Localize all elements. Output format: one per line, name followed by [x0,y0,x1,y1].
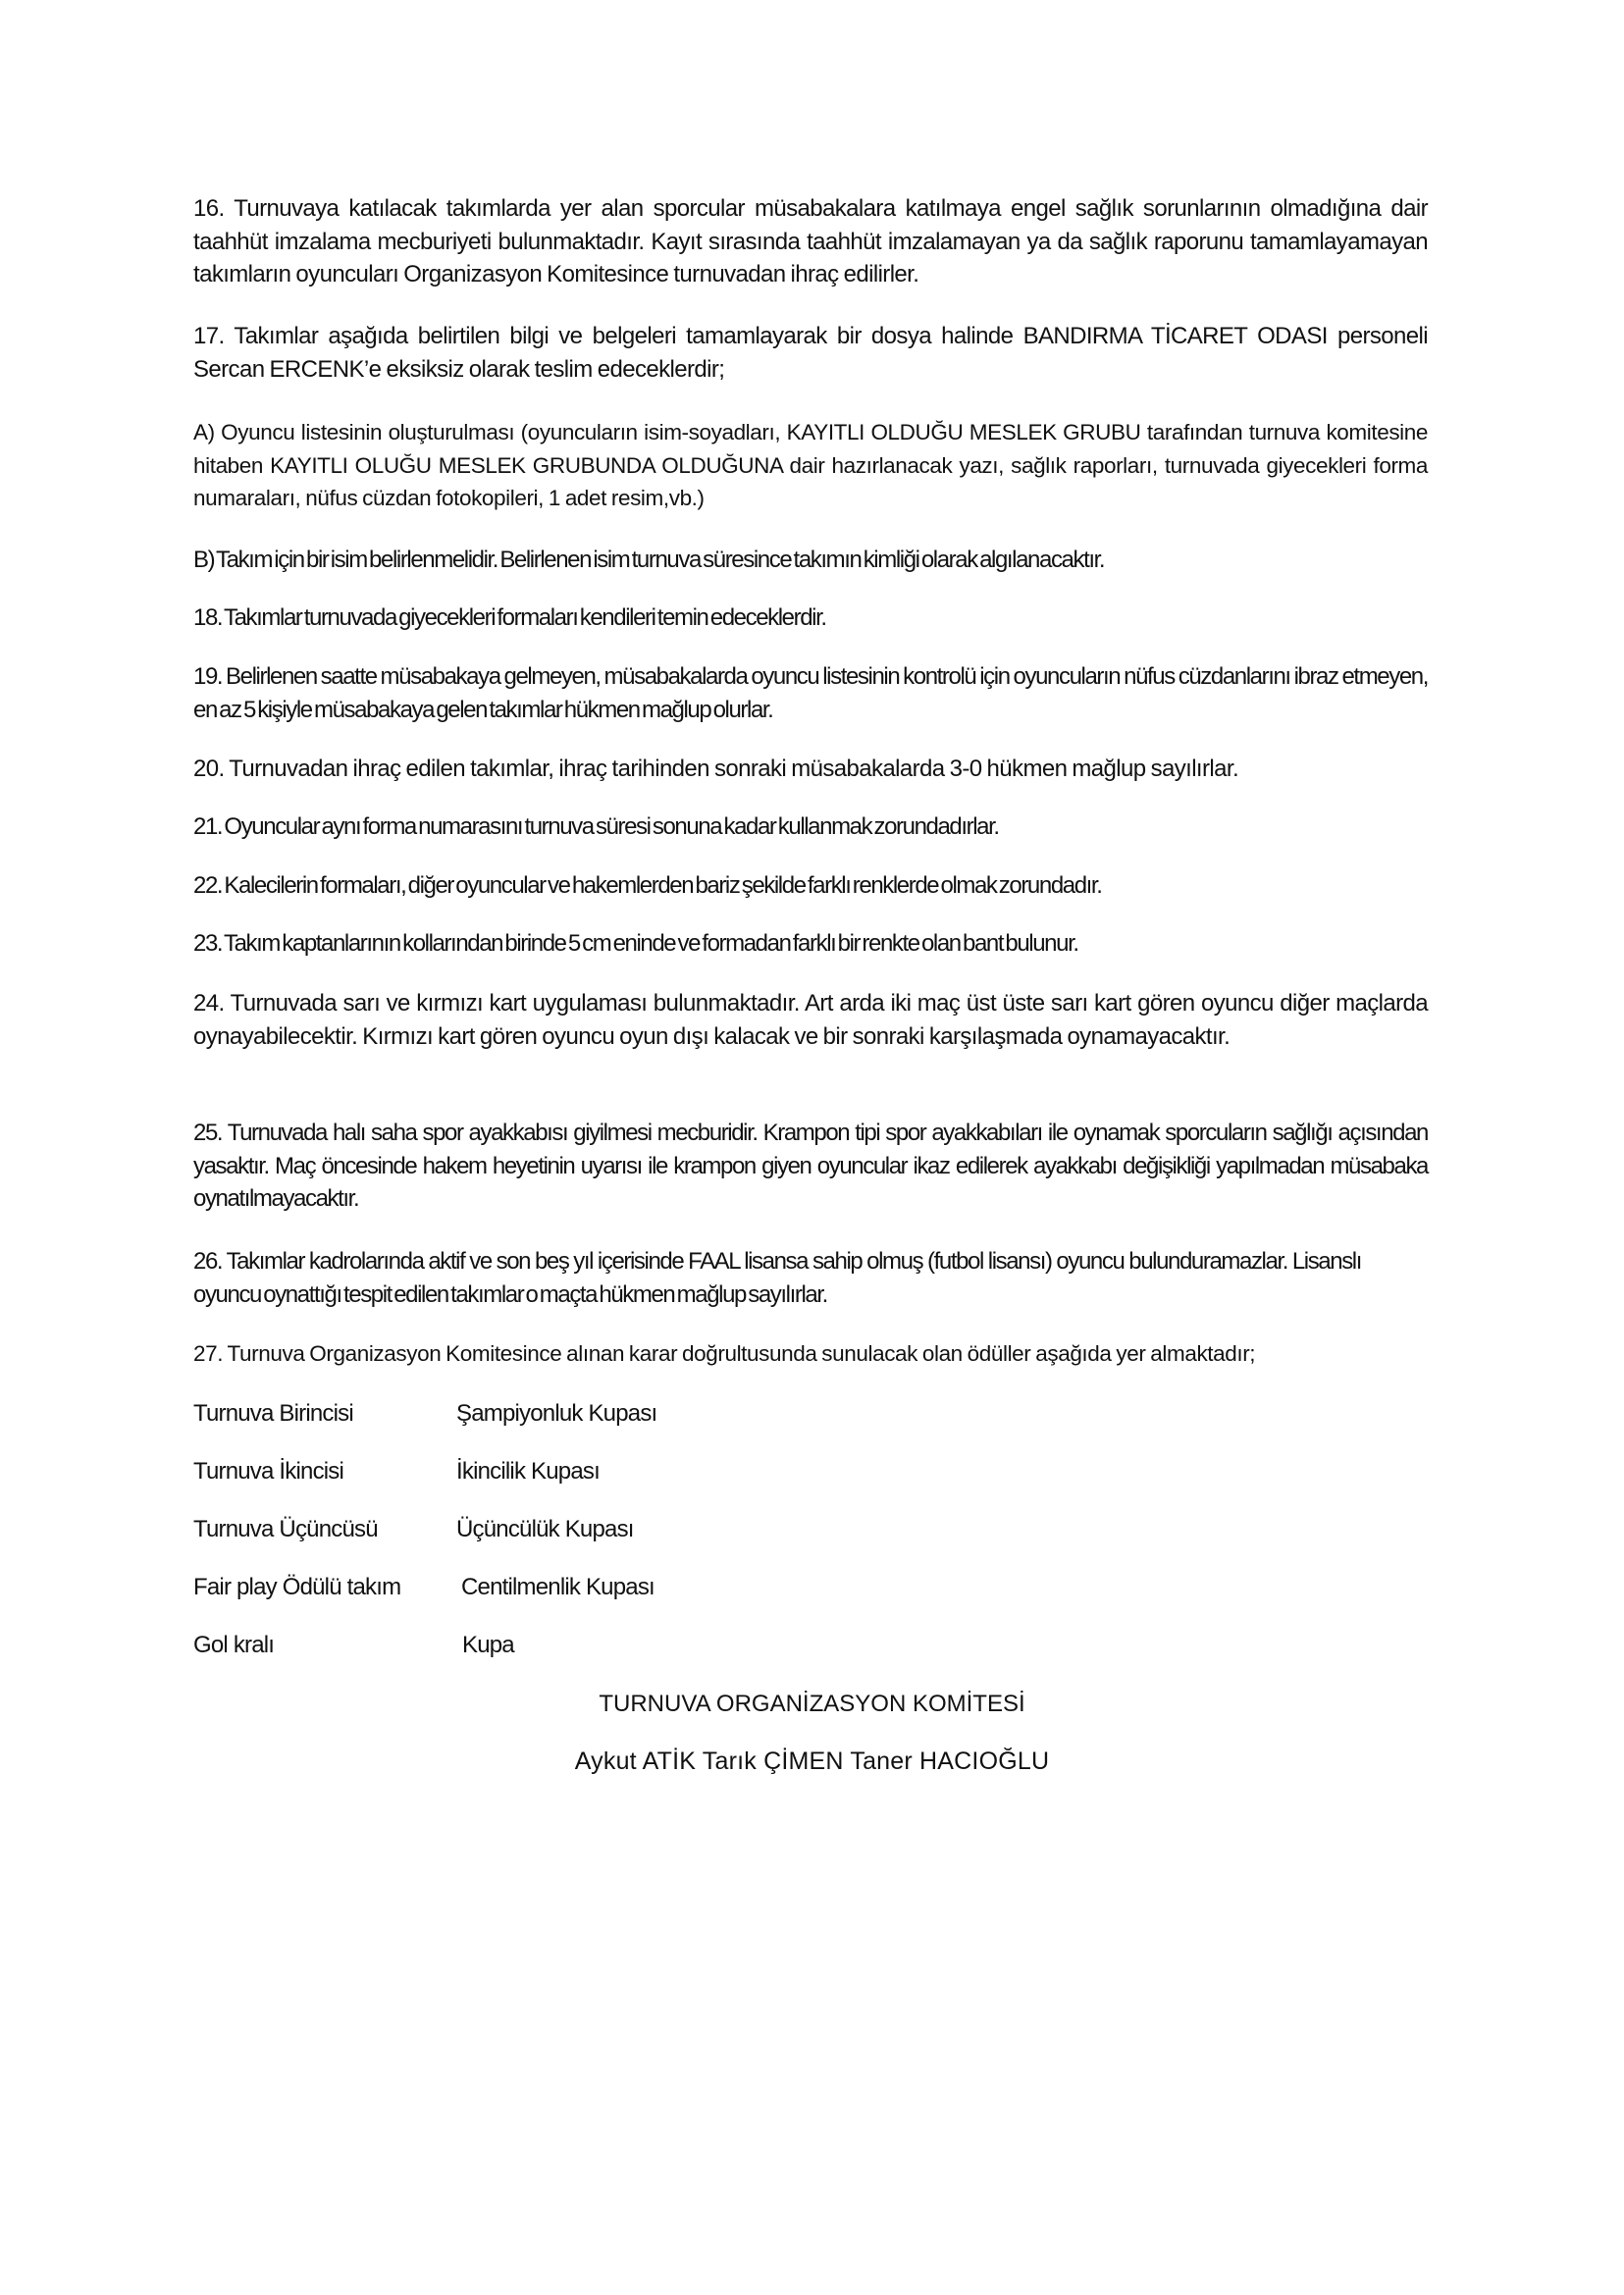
award-prize: Kupa [462,1631,514,1660]
award-category: Gol kralı [193,1631,274,1660]
rule-17-a: A) Oyuncu listesinin oluşturulması (oyun… [193,416,1428,515]
document-page: 16. Turnuvaya katılacak takımlarda yer a… [0,0,1624,2295]
committee-title: TURNUVA ORGANİZASYON KOMİTESİ [0,1690,1624,1719]
award-prize: Üçüncülük Kupası [456,1515,634,1544]
rule-16: 16. Turnuvaya katılacak takımlarda yer a… [193,192,1428,291]
award-prize: Centilmenlik Kupası [461,1573,655,1602]
award-prize: İkincilik Kupası [456,1457,600,1487]
rule-27: 27. Turnuva Organizasyon Komitesince alı… [193,1337,1428,1371]
rule-19: 19. Belirlenen saatte müsabakaya gelmeye… [193,660,1428,726]
rule-17-b: B) Takım için bir isim belirlenmelidir. … [193,544,1428,577]
rule-18: 18. Takımlar turnuvada giyecekleri forma… [193,601,1428,635]
rule-22: 22. Kalecilerin formaları, diğer oyuncul… [193,869,1428,903]
award-category: Turnuva İkincisi [193,1457,343,1487]
award-category: Turnuva Birincisi [193,1399,353,1429]
award-category: Turnuva Üçüncüsü [193,1515,378,1544]
rule-26: 26. Takımlar kadrolarında aktif ve son b… [193,1245,1361,1311]
rule-23: 23. Takım kaptanlarının kollarından biri… [193,927,1428,961]
award-prize: Şampiyonluk Kupası [456,1399,656,1429]
rule-20: 20. Turnuvadan ihraç edilen takımlar, ih… [193,753,1428,786]
committee-members: Aykut ATİK Tarık ÇİMEN Taner HACIOĞLU [0,1747,1624,1776]
rule-17: 17. Takımlar aşağıda belirtilen bilgi ve… [193,320,1428,386]
rule-24: 24. Turnuvada sarı ve kırmızı kart uygul… [193,987,1428,1053]
rule-25: 25. Turnuvada halı saha spor ayakkabısı … [193,1117,1428,1216]
award-category: Fair play Ödülü takım [193,1573,400,1602]
rule-21: 21. Oyuncular aynı forma numarasını turn… [193,810,1428,844]
